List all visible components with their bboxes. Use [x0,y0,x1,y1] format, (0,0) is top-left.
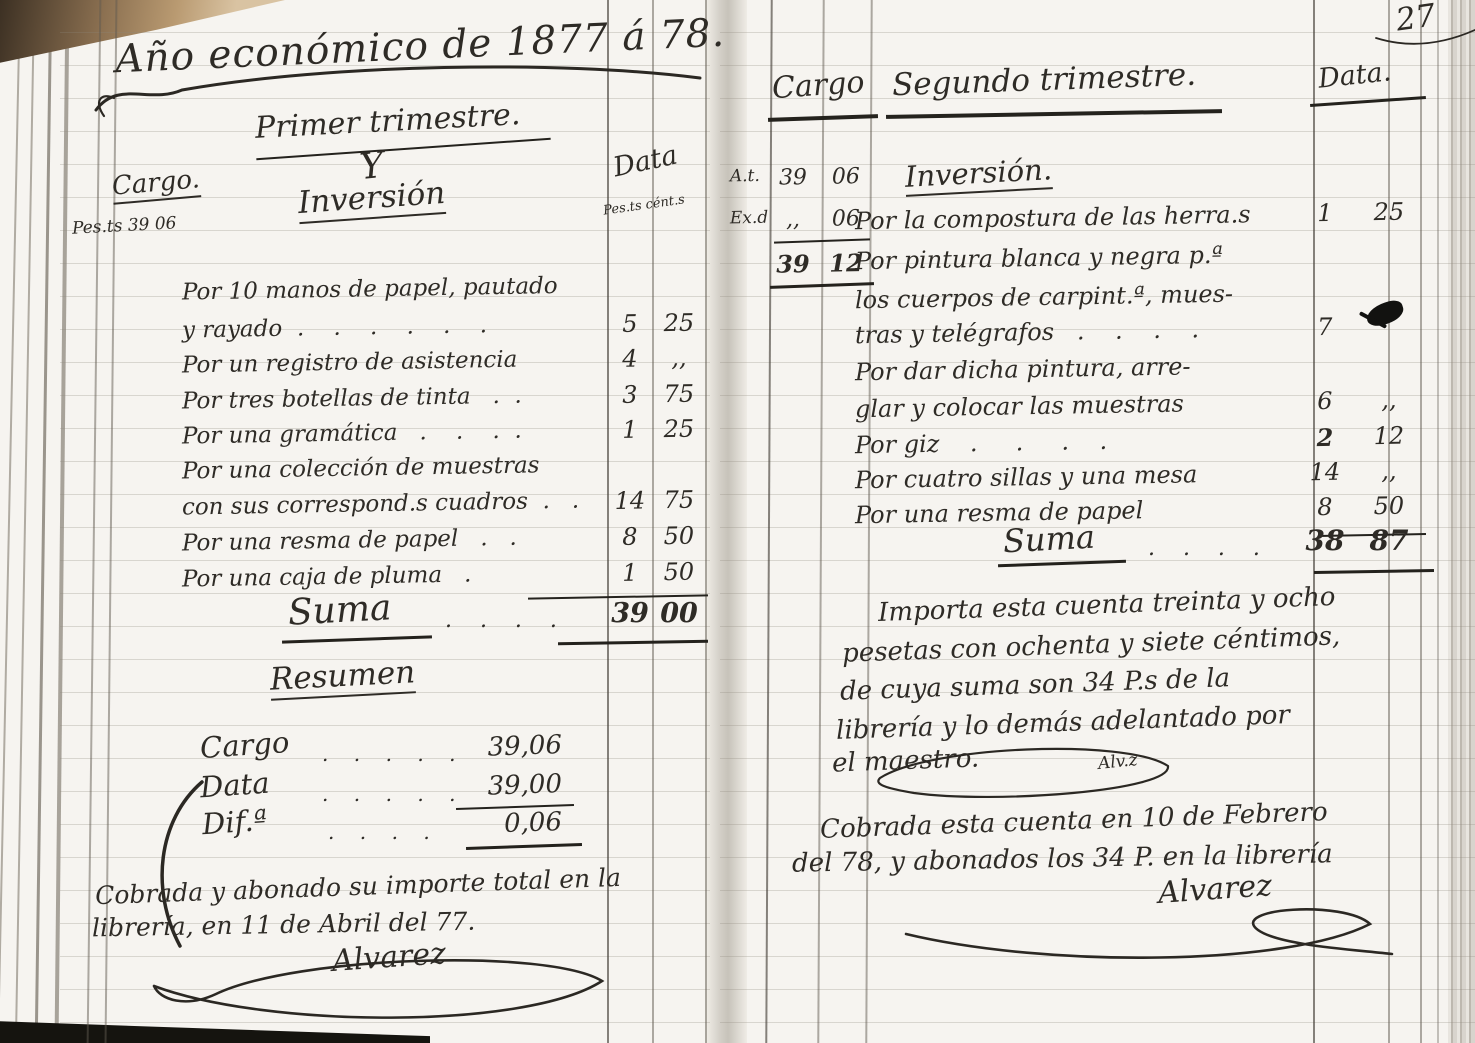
item-pesetas: 1 [607,558,653,587]
margin-row-centimos: 06 [824,164,868,190]
margin-row-pesetas: 39 [768,165,818,191]
item-centimos: 12 [1365,421,1413,450]
item-description: Por giz . . . . [855,427,1108,459]
item-centimos: 75 [654,485,704,514]
item-pesetas: 8 [607,522,653,551]
item-pesetas: 14 [1295,458,1355,487]
paragraph-line: Importa esta cuenta treinta y ocho [878,582,1336,628]
suma-pesetas: 39 [607,598,653,629]
item-description: Por 10 manos de papel, pautado [182,273,558,306]
item-description: Por tres botellas de tinta . . [182,383,522,415]
item-description: Por la compostura de las herra.s [855,200,1251,235]
item-description: Por pintura blanca y negra p.ª [855,241,1223,275]
cargo-column-value: Pes.ts 39 06 [72,213,177,238]
suma-pesetas: 38 [1295,524,1355,557]
item-centimos: 25 [1365,197,1413,226]
item-pesetas: 7 [1295,313,1355,342]
data-header-underline [1310,96,1426,107]
inversion-heading: Inversión. [904,152,1053,197]
item-description: Por dar dicha pintura, arre- [855,352,1191,386]
item-pesetas: 3 [607,380,653,409]
signature-flourish [146,956,626,1028]
item-description: tras y telégrafos . . . . [855,315,1199,349]
item-description: Por un registro de asistencia [182,347,518,379]
page-edge-line [35,0,53,1043]
suma-label-underline [282,635,432,643]
suma-label-underline [998,560,1126,567]
resumen-heading: Resumen [269,654,416,701]
item-description: Por una colección de muestras [182,452,540,484]
paragraph-line: pesetas con ochenta y siete céntimos, [842,621,1341,668]
item-description: Por cuatro sillas y una mesa [855,460,1198,494]
item-centimos: 50 [654,557,704,586]
item-pesetas: 1 [1295,199,1355,228]
cargo-margin-row: A.t. 39 06 [720,153,1475,202]
item-pesetas: 4 [607,344,653,373]
item-description: y rayado . . . . . . [182,312,487,343]
data-column-sublabel: Pes.ts cént.s [602,192,685,218]
item-pesetas: 8 [1295,493,1355,522]
suma-label: Suma [1002,518,1096,561]
item-description: con sus correspond.s cuadros . . [182,488,580,521]
item-centimos: ,, [1365,385,1413,414]
item-description: Por una caja de pluma . [182,561,486,592]
page-number-underline [1372,10,1475,56]
item-centimos: 50 [1365,491,1413,520]
suma-total-underline [1314,569,1434,574]
resumen-row-value: 39,00 [390,769,563,805]
margin-row-label: A.t. [730,166,760,187]
item-pesetas: 5 [607,309,653,338]
item-description: Por una gramática . . . . [182,418,522,450]
item-centimos: ,, [1365,456,1413,485]
cargo-header: Cargo [771,65,866,106]
item-centimos: ,, [654,343,704,372]
suma-dots: . . . . [445,608,557,633]
cargo-column-label: Cargo. [111,164,201,205]
resumen-row-label: Cargo [199,725,291,765]
item-description: glar y colocar las muestras [855,389,1184,423]
paraph-initials: Alv.z [1097,750,1139,774]
signature-flourish [898,896,1398,968]
section-title-underline [886,109,1222,119]
left-page: Año económico de 1877 á 78. Primer trime… [60,0,710,1043]
inversion-heading: Inversión [297,175,447,224]
suma-total-underline [558,640,708,646]
resumen-row-label: Data [199,766,271,805]
suma-centimos: 87 [1365,524,1413,557]
item-centimos: 75 [654,379,704,408]
data-column-label: Data [610,140,680,184]
ledger-scan: Año económico de 1877 á 78. Primer trime… [0,0,1475,1043]
suma-centimos: 00 [654,598,704,629]
suma-label: Suma [287,587,392,633]
right-page: 27 Cargo Segundo trimestre. Data. A.t. 3… [720,0,1475,1043]
resumen-row-value: 0,06 [390,807,563,843]
resumen-row-label: Dif.ª [201,803,268,841]
suma-dots: . . . . [1148,536,1260,561]
page-edge-line [15,0,35,1043]
item-pesetas: 2 [1295,423,1355,453]
item-centimos: 25 [654,414,704,443]
section-title: Segundo trimestre. [891,57,1196,104]
item-description: Por una resma de papel . . [182,525,517,557]
item-pesetas: 6 [1295,387,1355,416]
item-centimos: 25 [654,308,704,337]
item-pesetas: 14 [607,486,653,515]
paragraph-line: de cuya suma son 34 P.s de la [840,663,1231,707]
data-header: Data. [1317,56,1393,94]
item-description: los cuerpos de carpint.ª, mues- [855,280,1234,315]
resumen-row-value: 39,06 [390,730,563,766]
item-pesetas: 1 [607,415,653,444]
maestro-paraph-ellipse [870,736,1180,806]
item-centimos: 50 [654,521,704,550]
resumen-dif-underline [466,843,582,850]
item-description: Por una resma de papel [855,496,1144,529]
